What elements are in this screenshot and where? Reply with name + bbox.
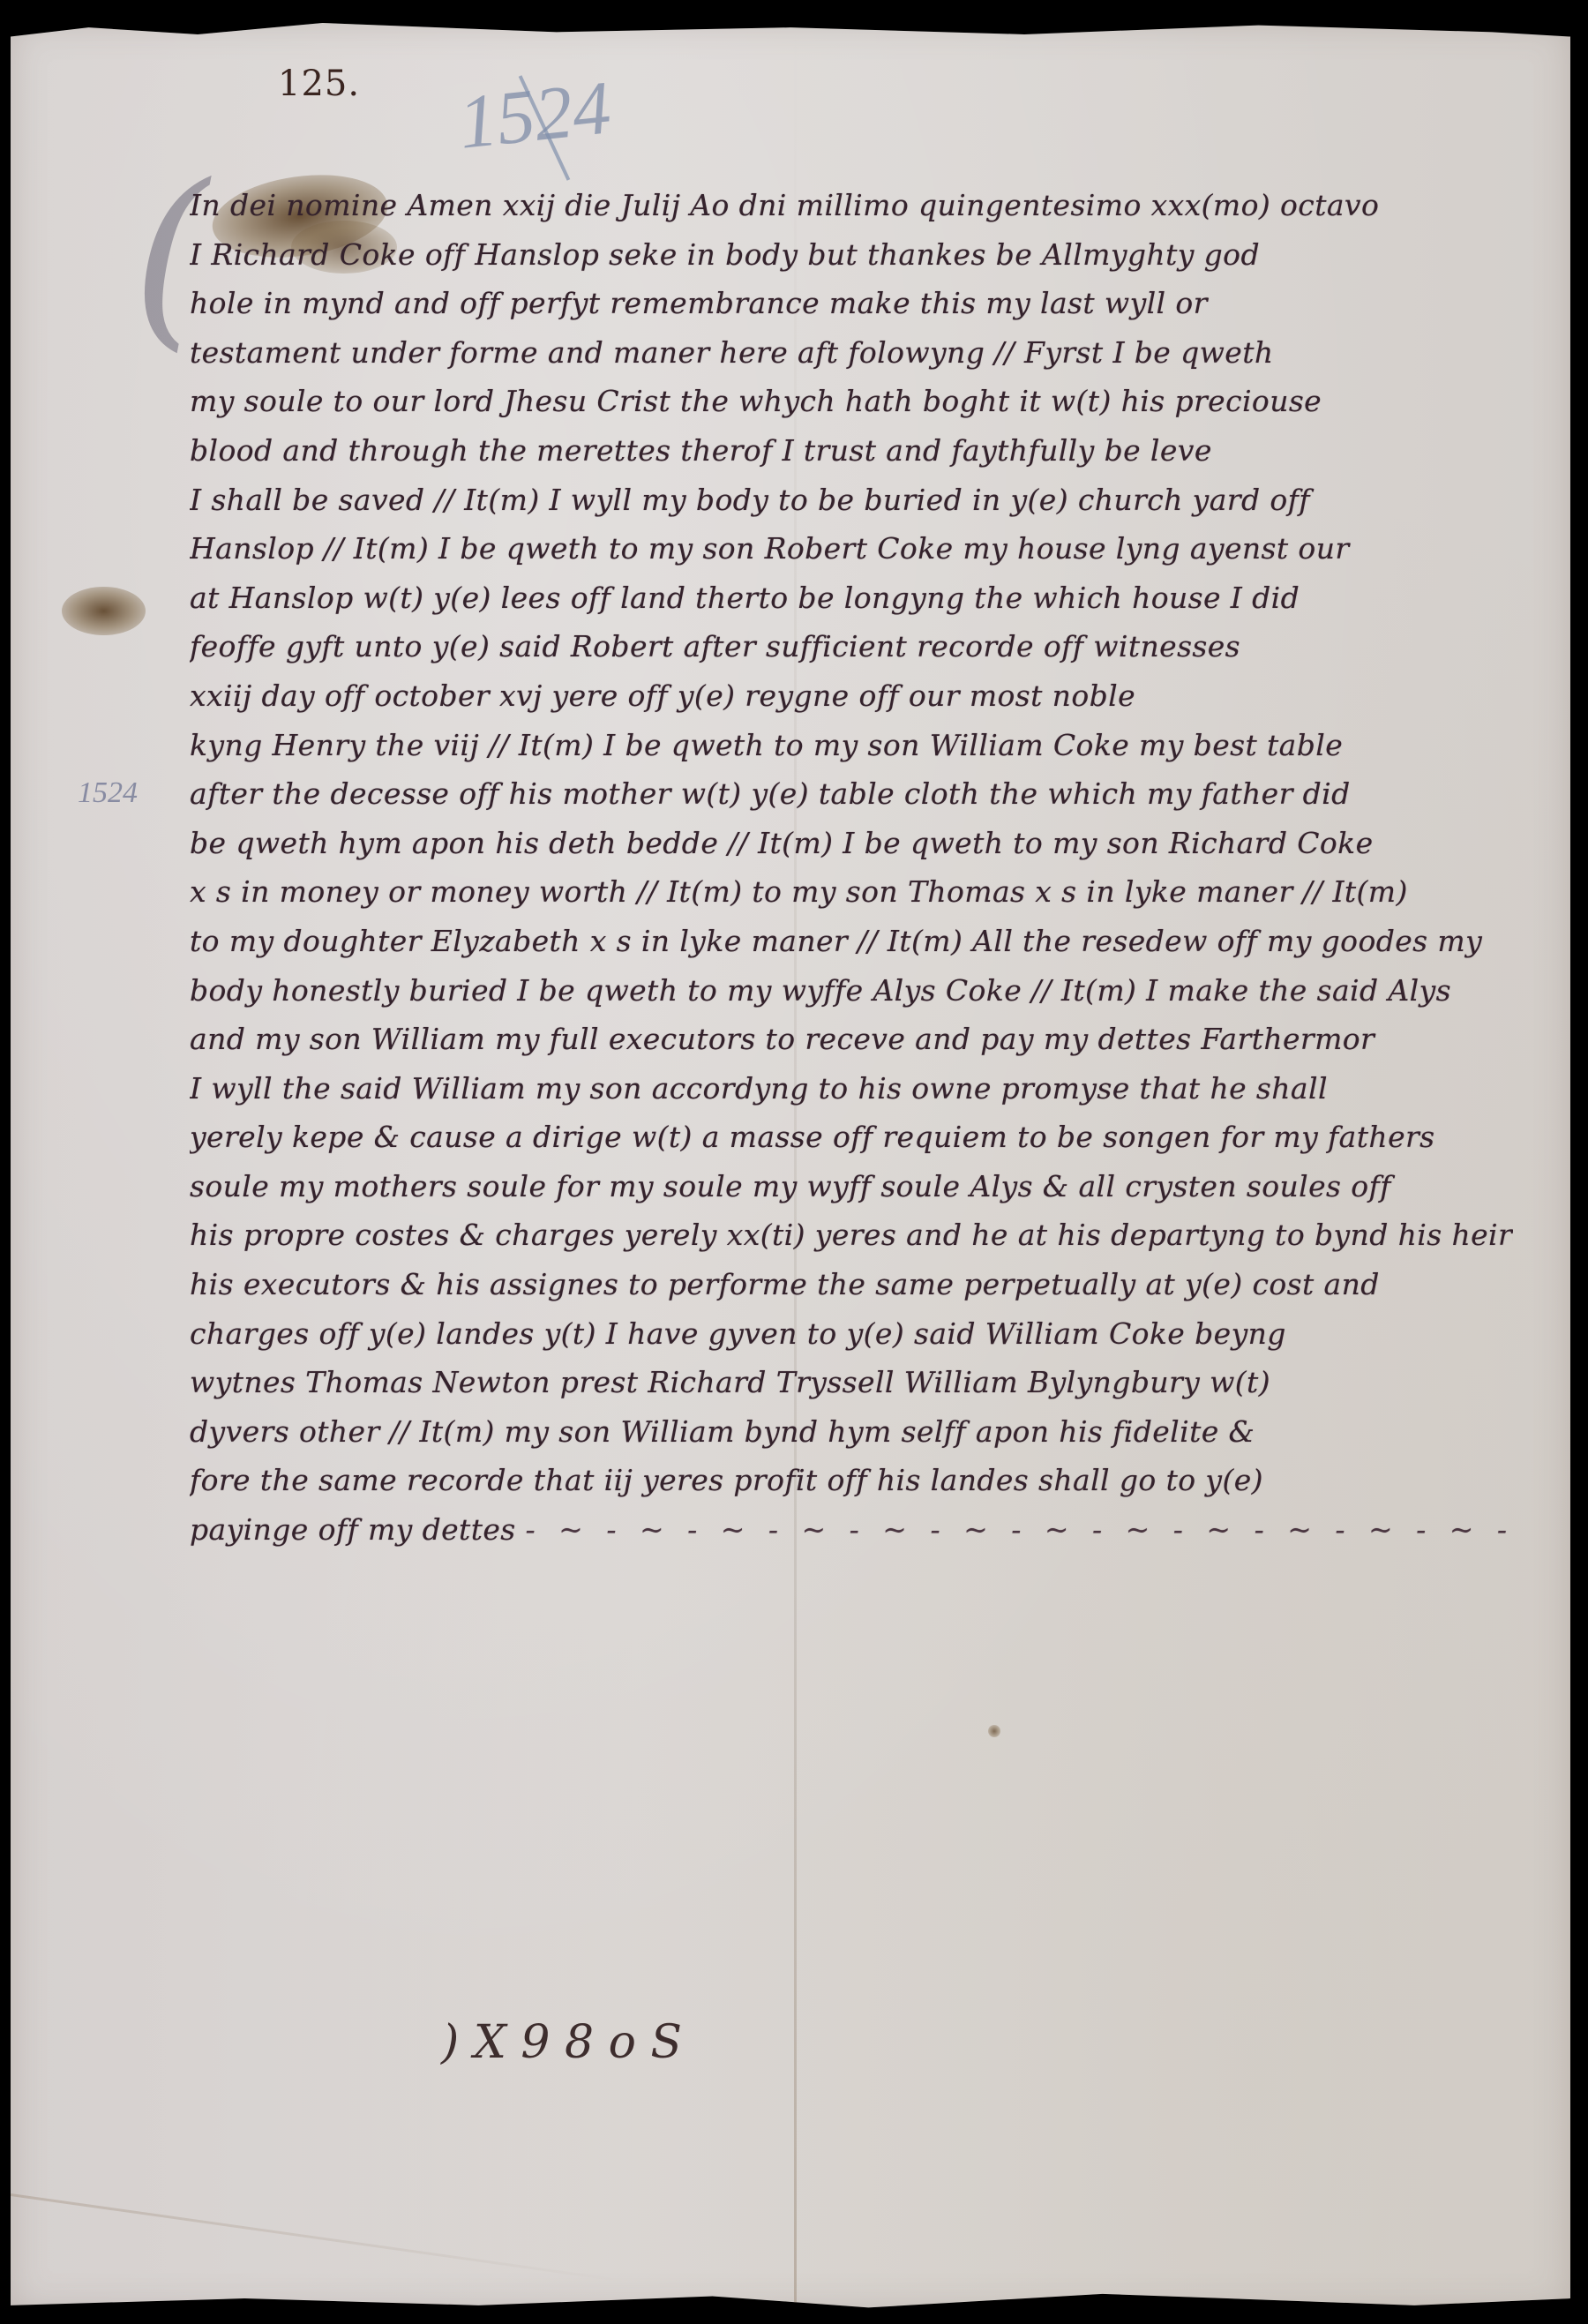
text-line: his executors & his assignes to performe… xyxy=(190,1260,1513,1309)
line-filler-marks: - ~ - ~ - ~ - ~ - ~ - ~ - ~ - ~ - ~ - ~ … xyxy=(526,1512,1513,1547)
text-line: his propre costes & charges yerely xx(ti… xyxy=(190,1211,1513,1260)
text-line: I wyll the said William my son accordyng… xyxy=(190,1064,1513,1113)
text-line: Hanslop // It(m) I be qweth to my son Ro… xyxy=(190,524,1513,574)
fold-crease-bottom xyxy=(11,2193,623,2282)
text-line: at Hanslop w(t) y(e) lees off land thert… xyxy=(190,574,1513,623)
text-line-final: payinge off my dettes - ~ - ~ - ~ - ~ - … xyxy=(190,1505,1513,1555)
text-line: I shall be saved // It(m) I wyll my body… xyxy=(190,476,1513,525)
text-line: soule my mothers soule for my soule my w… xyxy=(190,1162,1513,1211)
text-line: and my son William my full executors to … xyxy=(190,1015,1513,1064)
signature-mark: ) X 9 8 o S xyxy=(441,2016,682,2069)
text-line: wytnes Thomas Newton prest Richard Tryss… xyxy=(190,1358,1513,1407)
margin-date-annotation: 1524 xyxy=(78,776,138,810)
text-line: hole in mynd and off perfyt remembrance … xyxy=(190,279,1513,328)
text-line: be qweth hym apon his deth bedde // It(m… xyxy=(190,819,1513,868)
ink-spot-lower xyxy=(988,1725,1000,1737)
final-line-text: payinge off my dettes xyxy=(190,1512,516,1547)
folio-number: 125. xyxy=(278,64,360,104)
ink-stain-left-margin xyxy=(62,587,146,635)
text-line: dyvers other // It(m) my son William byn… xyxy=(190,1407,1513,1457)
text-line: x s in money or money worth // It(m) to … xyxy=(190,867,1513,917)
text-line: blood and through the merettes therof I … xyxy=(190,426,1513,476)
pencil-date-struck-through: 1524 xyxy=(454,63,615,166)
text-line: body honestly buried I be qweth to my wy… xyxy=(190,966,1513,1016)
text-line: to my doughter Elyzabeth x s in lyke man… xyxy=(190,917,1513,966)
text-line: I Richard Coke off Hanslop seke in body … xyxy=(190,230,1513,280)
text-line: feoffe gyft unto y(e) said Robert after … xyxy=(190,622,1513,671)
will-text-body: In dei nomine Amen xxij die Julij Ao dni… xyxy=(190,181,1513,1555)
text-line: In dei nomine Amen xxij die Julij Ao dni… xyxy=(190,181,1513,230)
text-line: yerely kepe & cause a dirige w(t) a mass… xyxy=(190,1113,1513,1162)
text-line: testament under forme and maner here aft… xyxy=(190,328,1513,378)
text-line: after the decesse off his mother w(t) y(… xyxy=(190,769,1513,819)
text-line: xxiij day off october xvj yere off y(e) … xyxy=(190,671,1513,721)
text-line: kyng Henry the viij // It(m) I be qweth … xyxy=(190,721,1513,770)
text-line: charges off y(e) landes y(t) I have gyve… xyxy=(190,1309,1513,1359)
text-line: fore the same recorde that iij yeres pro… xyxy=(190,1456,1513,1505)
text-line: my soule to our lord Jhesu Crist the why… xyxy=(190,377,1513,426)
